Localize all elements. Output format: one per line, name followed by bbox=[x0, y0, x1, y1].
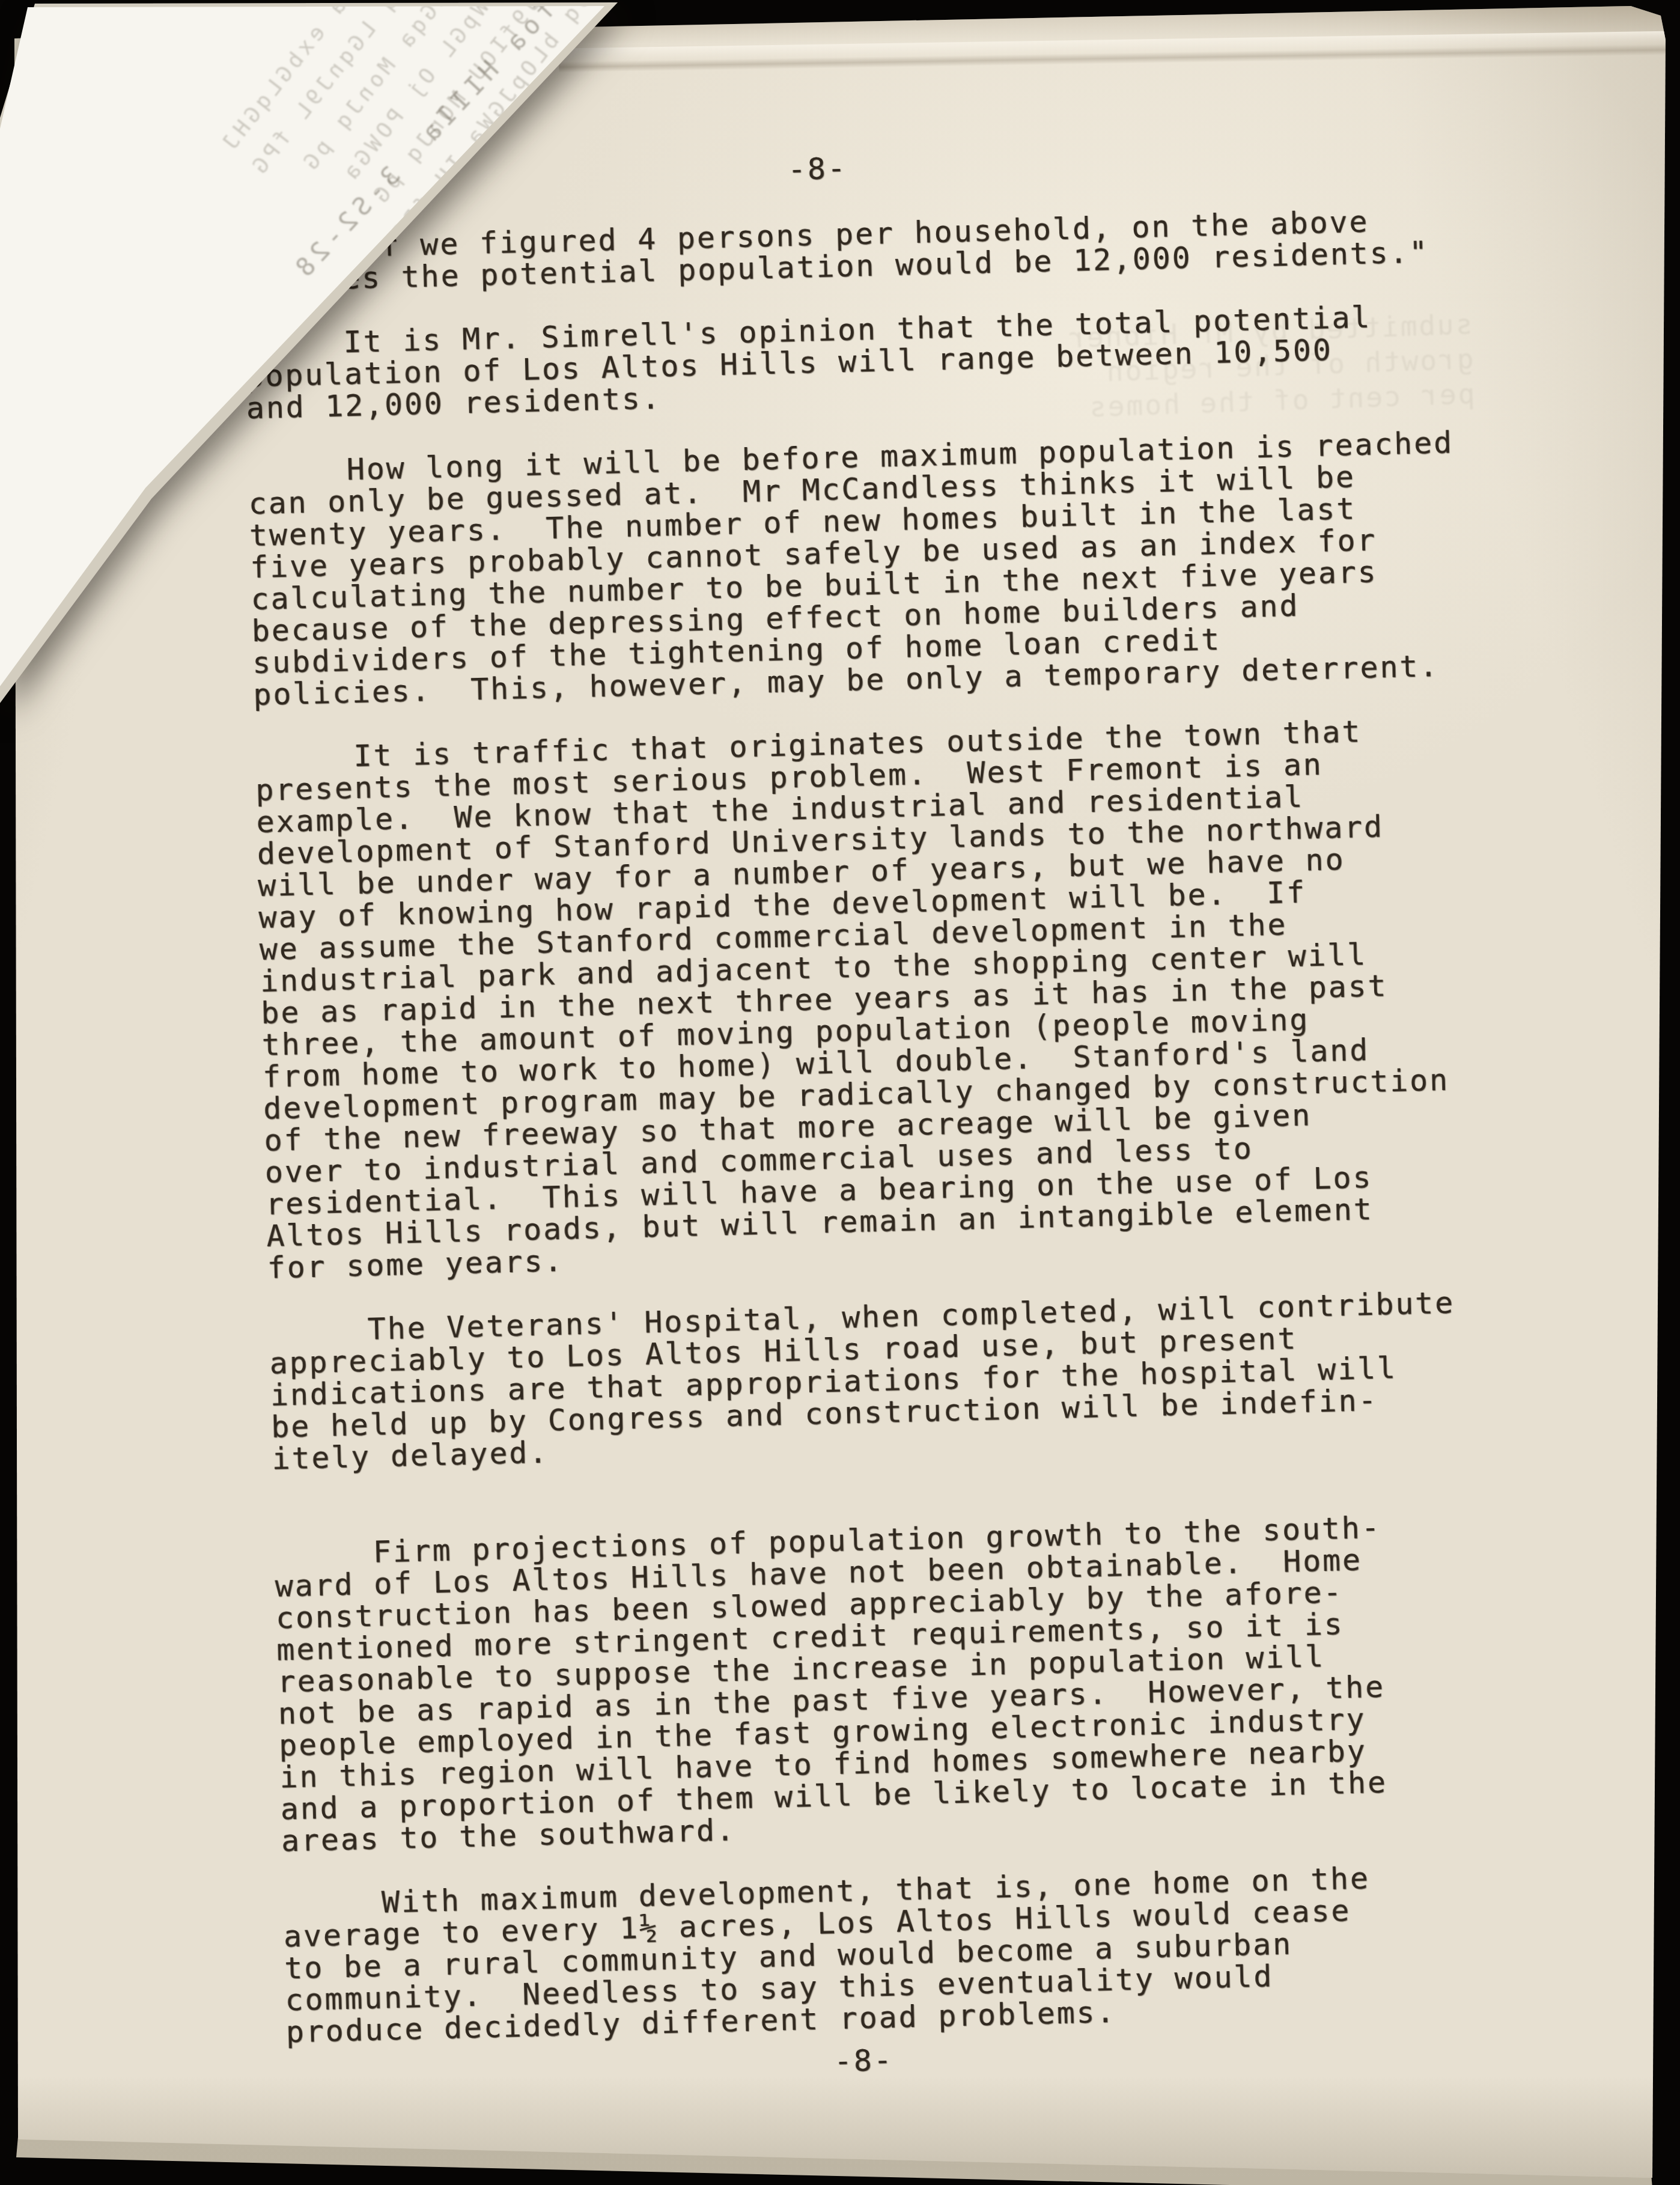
overlapping-sheet: tO1 beT9hOda exbGLqGHJbgTTOM 9Uq LGqnJ9L… bbox=[0, 0, 1680, 2185]
scanned-document-photo: { "document": { "page_number_top": "-8-"… bbox=[0, 0, 1680, 2185]
overlapping-sheet-face: tO1 beT9hOda exbGLqGHJbgTTOM 9Uq LGqnJ9L… bbox=[0, 0, 1680, 2185]
